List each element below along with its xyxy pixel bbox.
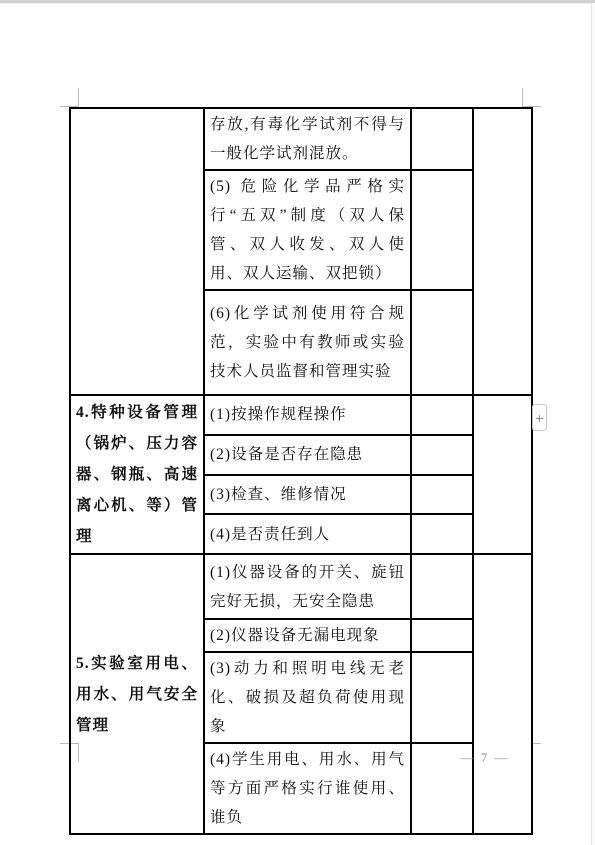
criteria-cell[interactable]: (4)是否责任到人 [204,514,411,554]
criteria-cell[interactable]: 存放,有毒化学试剂不得与一般化学试剂混放。 [204,108,411,170]
criteria-cell[interactable]: (2)设备是否存在隐患 [204,435,411,475]
criteria-cell[interactable]: (6)化学试剂使用符合规范，实验中有教师或实验技术人员监督和管理实验 [204,290,411,395]
category-cell-lab-utilities[interactable]: 5.实验室用电、用水、用气安全管理 [70,554,204,834]
check-cell[interactable] [411,290,473,395]
result-cell[interactable] [473,395,532,554]
check-cell[interactable] [411,619,473,652]
inspection-table: 存放,有毒化学试剂不得与一般化学试剂混放。 (5) 危险化学品严格实行“五双”制… [69,107,533,835]
category-cell-continued[interactable] [70,108,204,395]
table-row: 存放,有毒化学试剂不得与一般化学试剂混放。 [70,108,532,170]
check-cell[interactable] [411,435,473,475]
result-cell[interactable] [473,108,532,395]
text-boundary-mark-top-left [60,88,79,107]
document-page: 存放,有毒化学试剂不得与一般化学试剂混放。 (5) 危险化学品严格实行“五双”制… [0,0,595,845]
insert-control-button[interactable]: + [532,404,547,431]
check-cell[interactable] [411,395,473,435]
criteria-cell[interactable]: (3)动力和照明电线无老化、破损及超负荷使用现象 [204,652,411,743]
window-top-edge [0,0,595,4]
check-cell[interactable] [411,652,473,743]
table-row: 5.实验室用电、用水、用气安全管理 (1)仪器设备的开关、旋钮完好无损，无安全隐… [70,554,532,619]
criteria-cell[interactable]: (3)检查、维修情况 [204,475,411,515]
category-cell-special-equipment[interactable]: 4.特种设备管理（锅炉、压力容器、钢瓶、高速离心机、等）管理 [70,395,204,554]
criteria-cell[interactable]: (4)学生用电、用水、用气等方面严格实行谁使用、谁负 [204,743,411,834]
check-cell[interactable] [411,554,473,619]
criteria-cell[interactable]: (5) 危险化学品严格实行“五双”制度（双人保管、双人收发、双人使用、双人运输、… [204,170,411,290]
plus-icon: + [535,410,543,426]
text-boundary-mark-top-right [522,88,541,107]
check-cell[interactable] [411,514,473,554]
check-cell[interactable] [411,170,473,290]
criteria-cell[interactable]: (1)按操作规程操作 [204,395,411,435]
result-cell[interactable] [473,554,532,834]
check-cell[interactable] [411,108,473,170]
criteria-cell[interactable]: (1)仪器设备的开关、旋钮完好无损，无安全隐患 [204,554,411,619]
page-number: — 7 — [445,750,525,768]
check-cell[interactable] [411,475,473,515]
table-row: 4.特种设备管理（锅炉、压力容器、钢瓶、高速离心机、等）管理 (1)按操作规程操… [70,395,532,435]
criteria-cell[interactable]: (2)仪器设备无漏电现象 [204,619,411,652]
